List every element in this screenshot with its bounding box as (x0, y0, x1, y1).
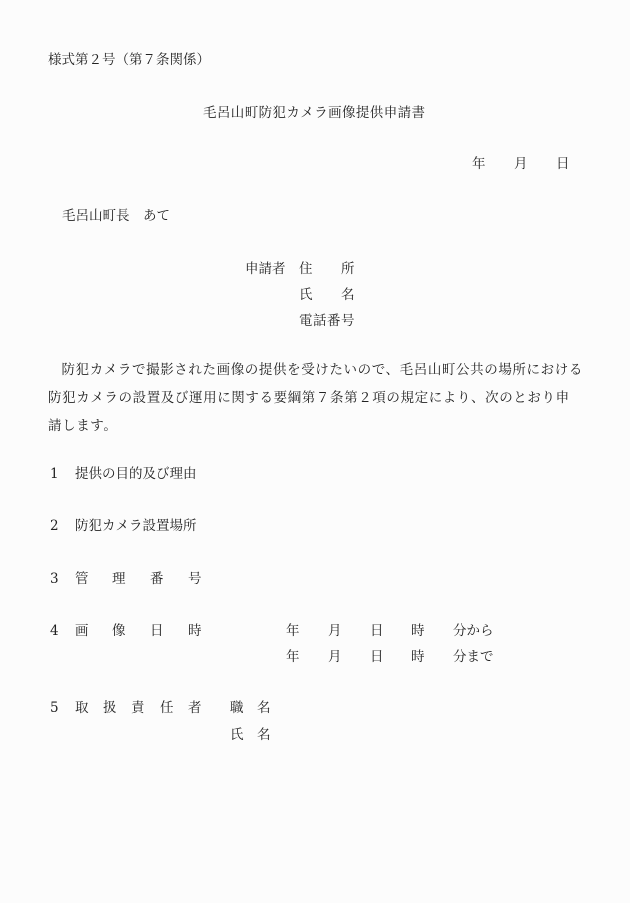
item-number: 3 (50, 570, 59, 588)
name-label-char-2: 名 (341, 286, 355, 304)
item-label-char: 管 (75, 570, 89, 588)
item-label-char: 番 (150, 570, 164, 588)
from-hour-label: 時 (411, 622, 425, 640)
item-label-char: 者 (188, 699, 202, 717)
item-label-char: 時 (188, 622, 202, 640)
address-label-char-1: 住 (299, 260, 313, 278)
item-label-char: 取 (75, 699, 89, 717)
position-label-char-1: 職 (230, 699, 244, 717)
to-day-label: 日 (370, 648, 384, 666)
to-hour-label: 時 (411, 648, 425, 666)
addressee: 毛呂山町長 あて (62, 207, 170, 225)
responsible-name-label-char-1: 氏 (230, 726, 244, 744)
from-year-label: 年 (286, 622, 300, 640)
date-month-label: 月 (514, 155, 528, 173)
from-month-label: 月 (328, 622, 342, 640)
to-minute-label: 分まで (453, 648, 494, 666)
from-day-label: 日 (370, 622, 384, 640)
body-paragraph: 防犯カメラで撮影された画像の提供を受けたいので、毛呂山町公共の場所における防犯カ… (48, 356, 583, 440)
item-label-char: 扱 (103, 699, 117, 717)
item-label: 防犯カメラ設置場所 (75, 517, 197, 535)
item-label-char: 像 (112, 622, 126, 640)
position-label-char-2: 名 (257, 699, 271, 717)
form-number: 様式第２号（第７条関係） (48, 51, 210, 69)
item-label-char: 理 (112, 570, 126, 588)
name-label-char-1: 氏 (299, 286, 313, 304)
item-label: 提供の目的及び理由 (75, 465, 197, 483)
document-title: 毛呂山町防犯カメラ画像提供申請書 (203, 104, 425, 122)
item-number: 4 (50, 622, 59, 640)
item-label-char: 号 (188, 570, 202, 588)
item-label-char: 画 (75, 622, 89, 640)
item-label-char: 任 (160, 699, 174, 717)
date-day-label: 日 (556, 155, 570, 173)
item-number: 1 (50, 465, 59, 483)
item-label-char: 日 (150, 622, 164, 640)
address-label-char-2: 所 (341, 260, 355, 278)
from-minute-label: 分から (453, 622, 494, 640)
item-number: 5 (50, 699, 59, 717)
date-year-label: 年 (472, 155, 486, 173)
to-month-label: 月 (328, 648, 342, 666)
responsible-name-label-char-2: 名 (257, 726, 271, 744)
applicant-label: 申請者 (245, 260, 286, 278)
item-number: 2 (50, 517, 59, 535)
to-year-label: 年 (286, 648, 300, 666)
phone-label: 電話番号 (299, 312, 355, 330)
item-label-char: 責 (131, 699, 145, 717)
